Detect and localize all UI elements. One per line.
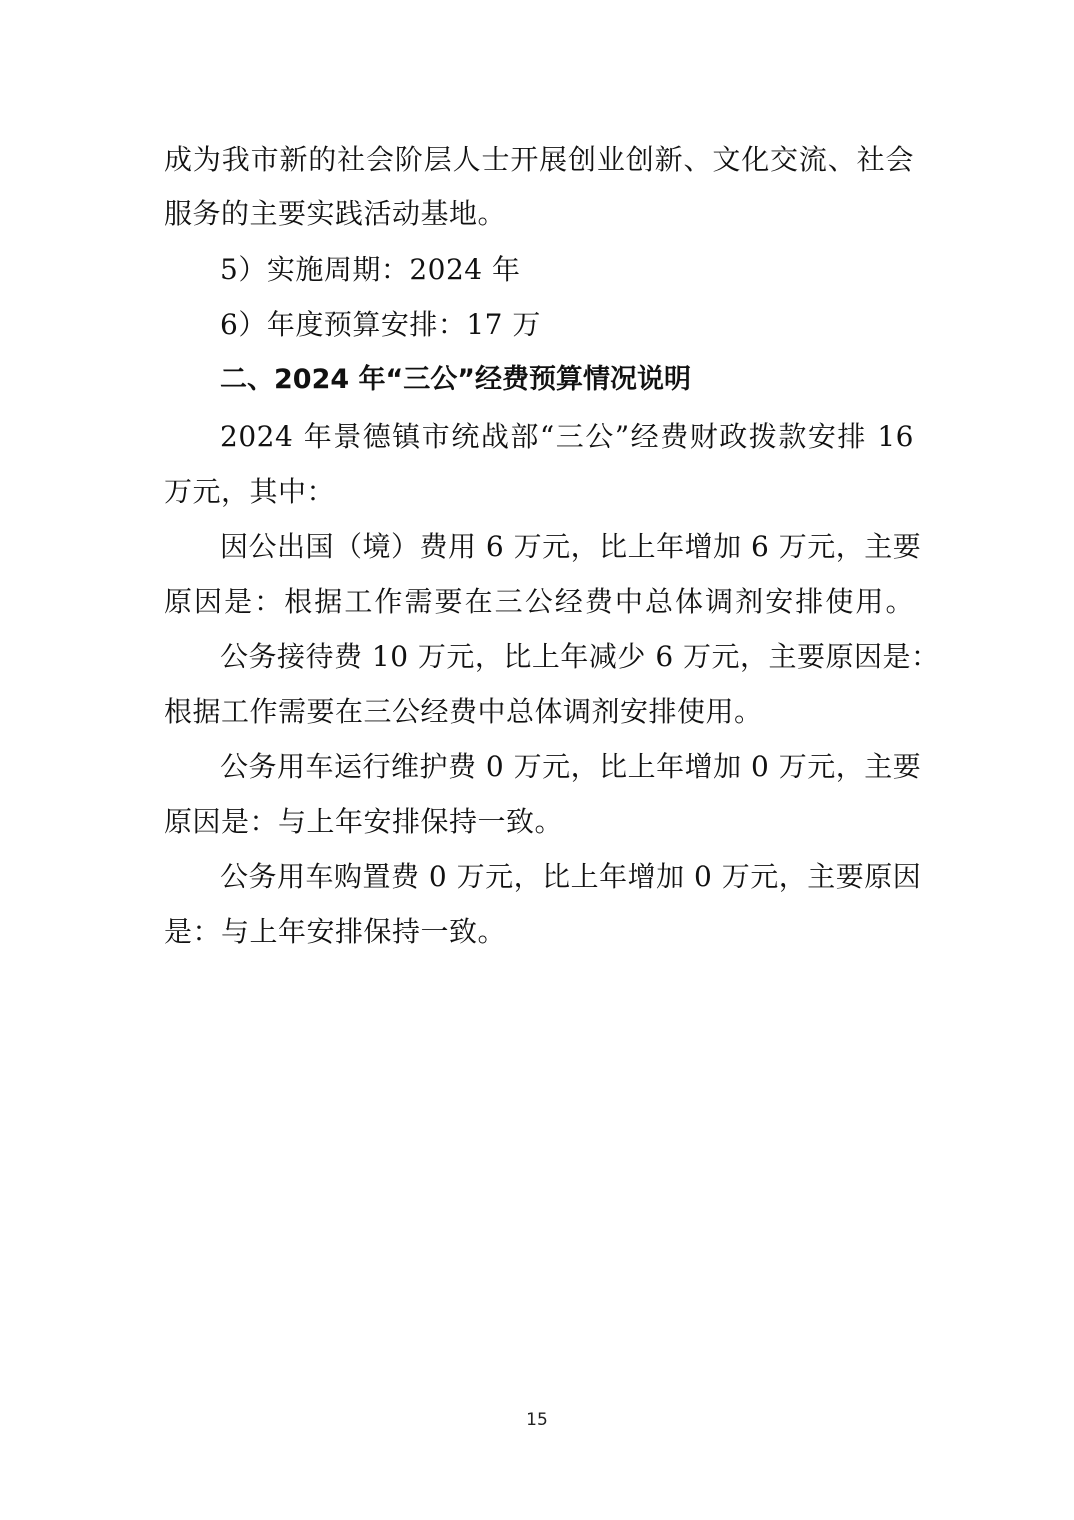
paragraph-line: 根据工作需要在三公经费中总体调剂安排使用。 <box>164 692 763 732</box>
paragraph-line: 原因是：根据工作需要在三公经费中总体调剂安排使用。 <box>164 582 914 622</box>
paragraph-line: 万元，其中： <box>164 472 335 512</box>
expense-item-vehicle-maintenance: 公务用车运行维护费 0 万元，比上年增加 0 万元，主要 <box>220 747 914 787</box>
page-number: 15 <box>0 1410 1074 1430</box>
expense-item-overseas: 因公出国（境）费用 6 万元，比上年增加 6 万元，主要 <box>220 527 914 567</box>
paragraph-line: 原因是：与上年安排保持一致。 <box>164 802 563 842</box>
paragraph-line: 2024 年景德镇市统战部“三公”经费财政拨款安排 16 <box>220 417 914 457</box>
paragraph-line: 服务的主要实践活动基地。 <box>164 194 506 234</box>
implementation-period: 5）实施周期：2024 年 <box>220 250 520 290</box>
paragraph-line: 是：与上年安排保持一致。 <box>164 912 506 952</box>
paragraph-line: 成为我市新的社会阶层人士开展创业创新、文化交流、社会 <box>164 140 914 180</box>
section-heading: 二、2024 年“三公”经费预算情况说明 <box>220 360 691 400</box>
expense-item-vehicle-purchase: 公务用车购置费 0 万元，比上年增加 0 万元，主要原因 <box>220 857 914 897</box>
annual-budget: 6）年度预算安排：17 万 <box>220 305 541 345</box>
expense-item-reception: 公务接待费 10 万元，比上年减少 6 万元，主要原因是： <box>220 637 914 677</box>
